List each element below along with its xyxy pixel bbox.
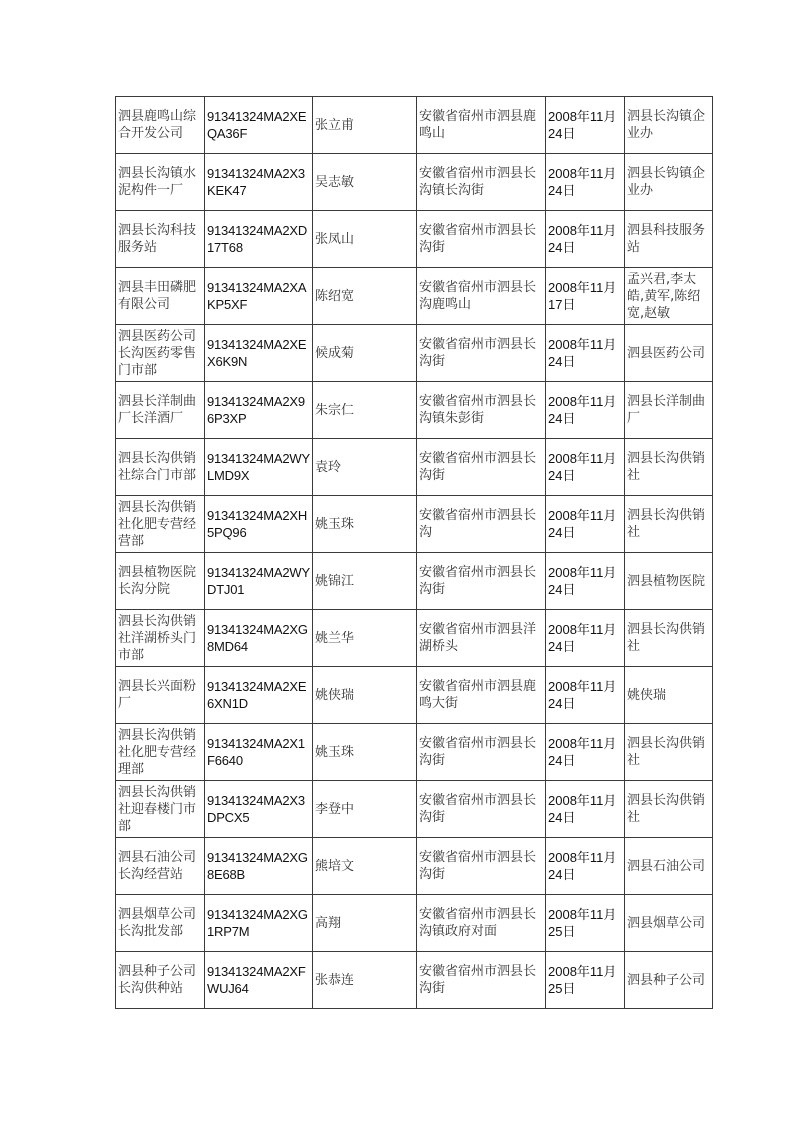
- table-row: 泗县长沟供销社化肥专营经营部 91341324MA2XH5PQ96 姚玉珠 安徽…: [116, 496, 713, 553]
- enterprise-name-cell: 泗县医药公司长沟医药零售门市部: [116, 325, 205, 382]
- registration-date-cell: 2008年11月25日: [546, 895, 625, 952]
- table-row: 泗县长沟供销社洋湖桥头门市部 91341324MA2XG8MD64 姚兰华 安徽…: [116, 610, 713, 667]
- address-cell: 安徽省宿州市泗县鹿鸣大街: [417, 667, 546, 724]
- table-row: 泗县烟草公司长沟批发部 91341324MA2XG1RP7M 高翔 安徽省宿州市…: [116, 895, 713, 952]
- owner-cell: 泗县科技服务站: [625, 211, 713, 268]
- credit-code-cell: 91341324MA2XE6XN1D: [205, 667, 313, 724]
- enterprise-name-cell: 泗县长沟供销社迎春楼门市部: [116, 781, 205, 838]
- enterprise-name-cell: 泗县鹿鸣山综合开发公司: [116, 97, 205, 154]
- enterprise-name-cell: 泗县种子公司长沟供种站: [116, 952, 205, 1009]
- owner-cell: 泗县长洋制曲厂: [625, 382, 713, 439]
- address-cell: 安徽省宿州市泗县长沟街: [417, 325, 546, 382]
- address-cell: 安徽省宿州市泗县鹿鸣山: [417, 97, 546, 154]
- credit-code-cell: 91341324MA2XG1RP7M: [205, 895, 313, 952]
- owner-cell: 泗县长沟供销社: [625, 724, 713, 781]
- address-cell: 安徽省宿州市泗县长沟街: [417, 211, 546, 268]
- credit-code-cell: 91341324MA2X96P3XP: [205, 382, 313, 439]
- table-row: 泗县长沟供销社综合门市部 91341324MA2WYLMD9X 袁玲 安徽省宿州…: [116, 439, 713, 496]
- credit-code-cell: 91341324MA2WYDTJ01: [205, 553, 313, 610]
- owner-cell: 泗县种子公司: [625, 952, 713, 1009]
- table-row: 泗县长沟科技服务站 91341324MA2XD17T68 张凤山 安徽省宿州市泗…: [116, 211, 713, 268]
- registration-date-cell: 2008年11月24日: [546, 496, 625, 553]
- owner-cell: 泗县长钩镇企业办: [625, 154, 713, 211]
- enterprise-name-cell: 泗县长沟科技服务站: [116, 211, 205, 268]
- table-body: 泗县鹿鸣山综合开发公司 91341324MA2XEQA36F 张立甫 安徽省宿州…: [116, 97, 713, 1009]
- owner-cell: 泗县长沟供销社: [625, 610, 713, 667]
- legal-representative-cell: 李登中: [313, 781, 417, 838]
- table-row: 泗县丰田磷肥有限公司 91341324MA2XAKP5XF 陈绍宽 安徽省宿州市…: [116, 268, 713, 325]
- legal-representative-cell: 袁玲: [313, 439, 417, 496]
- owner-cell: 姚侠瑞: [625, 667, 713, 724]
- legal-representative-cell: 姚锦江: [313, 553, 417, 610]
- legal-representative-cell: 姚侠瑞: [313, 667, 417, 724]
- address-cell: 安徽省宿州市泗县长沟街: [417, 838, 546, 895]
- enterprise-registry-table: 泗县鹿鸣山综合开发公司 91341324MA2XEQA36F 张立甫 安徽省宿州…: [115, 96, 713, 1009]
- address-cell: 安徽省宿州市泗县长沟鹿鸣山: [417, 268, 546, 325]
- table-row: 泗县石油公司长沟经营站 91341324MA2XG8E68B 熊培文 安徽省宿州…: [116, 838, 713, 895]
- enterprise-name-cell: 泗县长沟供销社化肥专营经理部: [116, 724, 205, 781]
- registration-date-cell: 2008年11月24日: [546, 211, 625, 268]
- credit-code-cell: 91341324MA2X3KEK47: [205, 154, 313, 211]
- owner-cell: 泗县植物医院: [625, 553, 713, 610]
- table-row: 泗县长沟镇水泥构件一厂 91341324MA2X3KEK47 吴志敏 安徽省宿州…: [116, 154, 713, 211]
- enterprise-name-cell: 泗县石油公司长沟经营站: [116, 838, 205, 895]
- address-cell: 安徽省宿州市泗县洋湖桥头: [417, 610, 546, 667]
- enterprise-name-cell: 泗县长洋制曲厂长洋酒厂: [116, 382, 205, 439]
- address-cell: 安徽省宿州市泗县长沟镇政府对面: [417, 895, 546, 952]
- legal-representative-cell: 陈绍宽: [313, 268, 417, 325]
- document-page: 泗县鹿鸣山综合开发公司 91341324MA2XEQA36F 张立甫 安徽省宿州…: [0, 0, 793, 1122]
- registration-date-cell: 2008年11月24日: [546, 382, 625, 439]
- credit-code-cell: 91341324MA2X3DPCX5: [205, 781, 313, 838]
- registration-date-cell: 2008年11月24日: [546, 553, 625, 610]
- legal-representative-cell: 高翔: [313, 895, 417, 952]
- enterprise-name-cell: 泗县长沟供销社洋湖桥头门市部: [116, 610, 205, 667]
- owner-cell: 泗县长沟镇企业办: [625, 97, 713, 154]
- legal-representative-cell: 熊培文: [313, 838, 417, 895]
- registration-date-cell: 2008年11月24日: [546, 154, 625, 211]
- enterprise-name-cell: 泗县长兴面粉厂: [116, 667, 205, 724]
- credit-code-cell: 91341324MA2XAKP5XF: [205, 268, 313, 325]
- credit-code-cell: 91341324MA2XEX6K9N: [205, 325, 313, 382]
- legal-representative-cell: 吴志敏: [313, 154, 417, 211]
- credit-code-cell: 91341324MA2XEQA36F: [205, 97, 313, 154]
- credit-code-cell: 91341324MA2XH5PQ96: [205, 496, 313, 553]
- owner-cell: 泗县长沟供销社: [625, 439, 713, 496]
- legal-representative-cell: 张立甫: [313, 97, 417, 154]
- legal-representative-cell: 姚兰华: [313, 610, 417, 667]
- enterprise-name-cell: 泗县长沟供销社化肥专营经营部: [116, 496, 205, 553]
- legal-representative-cell: 姚玉珠: [313, 496, 417, 553]
- table-row: 泗县医药公司长沟医药零售门市部 91341324MA2XEX6K9N 候成菊 安…: [116, 325, 713, 382]
- owner-cell: 泗县石油公司: [625, 838, 713, 895]
- legal-representative-cell: 朱宗仁: [313, 382, 417, 439]
- table-row: 泗县植物医院长沟分院 91341324MA2WYDTJ01 姚锦江 安徽省宿州市…: [116, 553, 713, 610]
- registration-date-cell: 2008年11月24日: [546, 97, 625, 154]
- registration-date-cell: 2008年11月24日: [546, 724, 625, 781]
- enterprise-name-cell: 泗县烟草公司长沟批发部: [116, 895, 205, 952]
- enterprise-name-cell: 泗县长沟供销社综合门市部: [116, 439, 205, 496]
- credit-code-cell: 91341324MA2XG8E68B: [205, 838, 313, 895]
- credit-code-cell: 91341324MA2WYLMD9X: [205, 439, 313, 496]
- owner-cell: 泗县长沟供销社: [625, 496, 713, 553]
- enterprise-name-cell: 泗县丰田磷肥有限公司: [116, 268, 205, 325]
- address-cell: 安徽省宿州市泗县长沟街: [417, 553, 546, 610]
- registration-date-cell: 2008年11月24日: [546, 610, 625, 667]
- credit-code-cell: 91341324MA2XG8MD64: [205, 610, 313, 667]
- table-row: 泗县长沟供销社迎春楼门市部 91341324MA2X3DPCX5 李登中 安徽省…: [116, 781, 713, 838]
- registration-date-cell: 2008年11月24日: [546, 667, 625, 724]
- address-cell: 安徽省宿州市泗县长沟: [417, 496, 546, 553]
- address-cell: 安徽省宿州市泗县长沟镇朱彭街: [417, 382, 546, 439]
- owner-cell: 泗县烟草公司: [625, 895, 713, 952]
- legal-representative-cell: 姚玉珠: [313, 724, 417, 781]
- owner-cell: 泗县长沟供销社: [625, 781, 713, 838]
- legal-representative-cell: 候成菊: [313, 325, 417, 382]
- address-cell: 安徽省宿州市泗县长沟街: [417, 952, 546, 1009]
- legal-representative-cell: 张凤山: [313, 211, 417, 268]
- registration-date-cell: 2008年11月24日: [546, 781, 625, 838]
- registration-date-cell: 2008年11月25日: [546, 952, 625, 1009]
- address-cell: 安徽省宿州市泗县长沟街: [417, 439, 546, 496]
- address-cell: 安徽省宿州市泗县长沟街: [417, 781, 546, 838]
- table-row: 泗县长兴面粉厂 91341324MA2XE6XN1D 姚侠瑞 安徽省宿州市泗县鹿…: [116, 667, 713, 724]
- table-row: 泗县鹿鸣山综合开发公司 91341324MA2XEQA36F 张立甫 安徽省宿州…: [116, 97, 713, 154]
- credit-code-cell: 91341324MA2X1F6640: [205, 724, 313, 781]
- credit-code-cell: 91341324MA2XD17T68: [205, 211, 313, 268]
- registration-date-cell: 2008年11月24日: [546, 838, 625, 895]
- legal-representative-cell: 张恭连: [313, 952, 417, 1009]
- registration-date-cell: 2008年11月24日: [546, 325, 625, 382]
- owner-cell: 孟兴君,李太皓,黄军,陈绍宽,赵敏: [625, 268, 713, 325]
- registration-date-cell: 2008年11月17日: [546, 268, 625, 325]
- address-cell: 安徽省宿州市泗县长沟镇长沟街: [417, 154, 546, 211]
- registration-date-cell: 2008年11月24日: [546, 439, 625, 496]
- table-row: 泗县长洋制曲厂长洋酒厂 91341324MA2X96P3XP 朱宗仁 安徽省宿州…: [116, 382, 713, 439]
- enterprise-name-cell: 泗县长沟镇水泥构件一厂: [116, 154, 205, 211]
- owner-cell: 泗县医药公司: [625, 325, 713, 382]
- credit-code-cell: 91341324MA2XFWUJ64: [205, 952, 313, 1009]
- enterprise-name-cell: 泗县植物医院长沟分院: [116, 553, 205, 610]
- table-row: 泗县长沟供销社化肥专营经理部 91341324MA2X1F6640 姚玉珠 安徽…: [116, 724, 713, 781]
- address-cell: 安徽省宿州市泗县长沟街: [417, 724, 546, 781]
- table-row: 泗县种子公司长沟供种站 91341324MA2XFWUJ64 张恭连 安徽省宿州…: [116, 952, 713, 1009]
